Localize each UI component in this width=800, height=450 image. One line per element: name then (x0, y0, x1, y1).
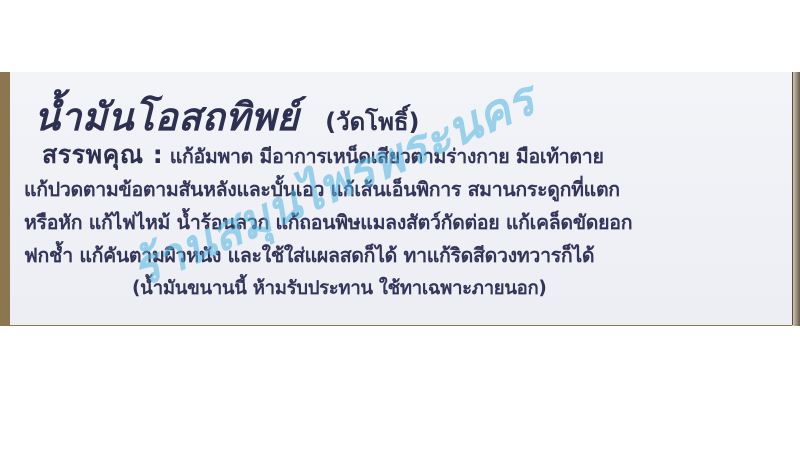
properties-line-4: ฟกช้ำ แก้คันตามผิวหนัง และใช้ใส่แผลสดก็ไ… (24, 239, 784, 272)
product-label-card: น้ำมันโอสถทิพย์ (วัดโพธิ์) สรรพคุณ : แก้… (10, 72, 792, 325)
properties-line-2: แก้ปวดตามข้อตามสันหลังและบั้นเอว แก้เส้น… (24, 173, 784, 206)
properties-line-3: หรือหัก แก้ไฟไหม้ น้ำร้อนลวก แก้ถอนพิษแม… (24, 206, 784, 239)
product-subtitle: (วัดโพธิ์) (325, 102, 419, 141)
properties-section: สรรพคุณ : แก้อัมพาต มีอาการเหน็ดเสียวตาม… (24, 138, 784, 305)
properties-line-1: สรรพคุณ : แก้อัมพาต มีอาการเหน็ดเสียวตาม… (24, 138, 784, 173)
usage-warning-note: (น้ำมันขนานนี้ ห้ามรับประทาน ใช้ทาเฉพาะภ… (24, 272, 784, 305)
card-edge-shadow (792, 72, 800, 326)
properties-heading: สรรพคุณ : (42, 140, 163, 169)
properties-text: แก้อัมพาต มีอาการเหน็ดเสียวตามร่างกาย มื… (170, 145, 604, 168)
